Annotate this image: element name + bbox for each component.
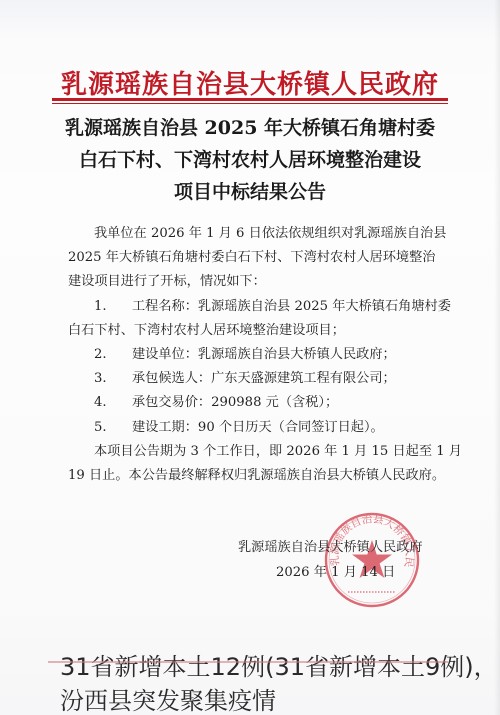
item-text: 承包候选人：广东天盛源建筑工程有限公司；	[132, 371, 396, 386]
document-title: 乳源瑶族自治县 2025 年大桥镇石角塘村委 白石下村、下湾村农村人居环境整治建…	[0, 112, 500, 208]
item-number: 2.	[94, 343, 132, 367]
strike-through-line	[48, 661, 448, 663]
item-number: 3.	[94, 367, 132, 391]
intro-line: 我单位在 2026 年 1 月 6 日依法依规组织对乳源瑶族自治县	[68, 222, 468, 246]
item-continuation: 白石下村、下湾村农村人居环境整治建设项目；	[68, 319, 468, 343]
title-line: 乳源瑶族自治县 2025 年大桥镇石角塘村委	[0, 112, 500, 144]
item-text: 承包交易价：290988 元（含税）；	[132, 395, 338, 410]
headline-line: 汾西县突发聚集疫情	[60, 684, 500, 715]
title-line: 项目中标结果公告	[0, 176, 500, 208]
item-text: 工程名称：乳源瑶族自治县 2025 年大桥镇石角塘村委	[132, 299, 451, 314]
overlay-headline[interactable]: 31省新增本土12例(31省新增本土9例)， 汾西县突发聚集疫情	[60, 650, 500, 715]
list-item-contractor: 3.承包候选人：广东天盛源建筑工程有限公司；	[68, 367, 468, 391]
header-red-rule-thick	[52, 98, 448, 101]
issuing-authority-header: 乳源瑶族自治县大桥镇人民政府	[0, 64, 500, 101]
closing-line: 19 日止。本公告最终解释权归乳源瑶族自治县大桥镇人民政府。	[68, 464, 468, 488]
intro-line: 2025 年大桥镇石角塘村委白石下村、下湾村农村人居环境整治	[68, 246, 468, 270]
item-number: 5.	[94, 416, 132, 440]
header-red-rule-thin	[52, 103, 448, 104]
closing-line: 本项目公告期为 3 个工作日，即 2026 年 1 月 15 日起至 1 月	[68, 440, 468, 464]
signature-org: 乳源瑶族自治县大桥镇人民政府	[238, 535, 478, 560]
intro-line: 建设项目进行了开标，情况如下：	[68, 270, 468, 294]
signature-block: 乳源瑶族自治县大桥镇人民政府 2026 年 1 月 14 日	[238, 535, 478, 585]
item-number: 4.	[94, 391, 132, 415]
list-item-price: 4.承包交易价：290988 元（含税）；	[68, 391, 468, 415]
list-item-project-name: 1.工程名称：乳源瑶族自治县 2025 年大桥镇石角塘村委	[68, 295, 468, 319]
item-text: 建设单位：乳源瑶族自治县大桥镇人民政府；	[132, 347, 396, 362]
document-body: 我单位在 2026 年 1 月 6 日依法依规组织对乳源瑶族自治县 2025 年…	[68, 222, 468, 488]
list-item-duration: 5.建设工期：90 个日历天（合同签订日起）。	[68, 416, 468, 440]
title-line: 白石下村、下湾村农村人居环境整治建设	[0, 144, 500, 176]
list-item-client: 2.建设单位：乳源瑶族自治县大桥镇人民政府；	[68, 343, 468, 367]
document-page: 乳源瑶族自治县大桥镇人民政府 乳源瑶族自治县 2025 年大桥镇石角塘村委 白石…	[0, 0, 500, 715]
headline-line: 31省新增本土12例(31省新增本土9例)，	[60, 650, 500, 684]
item-text: 建设工期：90 个日历天（合同签订日起）。	[132, 420, 384, 435]
item-number: 1.	[94, 295, 132, 319]
signature-date: 2026 年 1 月 14 日	[238, 560, 478, 585]
page-edge-shadow	[494, 0, 500, 715]
